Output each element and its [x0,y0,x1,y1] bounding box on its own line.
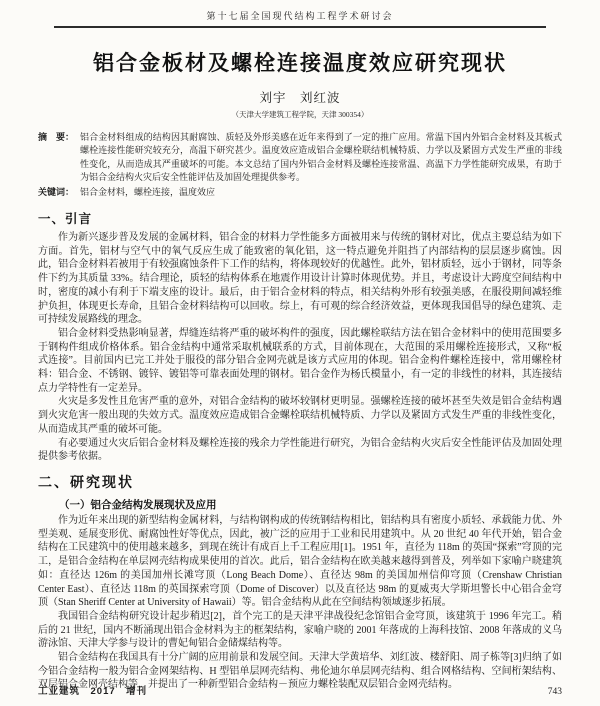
intro-paragraph: 火灾是多发性且危害严重的意外，对铝合金结构的破坏较钢材更明显。强螺栓连接的破坏甚… [38,395,562,436]
header-rule-divider [54,26,546,28]
page-footer: 工业建筑 2017 增刊 743 [38,683,562,697]
running-head: 第十七届全国现代结构工程学术研讨会 [38,6,562,22]
intro-paragraph: 作为新兴逐步普及发展的金属材料，铝合金的材料力学性能多方面被用来与传统的钢材对比… [38,231,562,327]
section-heading-research-status: 二、研究现状 [38,472,562,492]
keywords-text: 铝合金材料，螺栓连接，温度效应 [80,187,215,197]
abstract-text: 铝合金材料组成的结构因其耐腐蚀、质轻及外形美感在近年来得到了一定的推广应用。常温… [80,132,562,182]
abstract-label: 摘 要： [38,131,74,144]
intro-paragraph: 有必要通过火灾后铝合金材料及螺栓连接的残余力学性能进行研究，为铝合金结构火灾后安… [38,437,562,464]
paper-page: 第十七届全国现代结构工程学术研讨会 铝合金板材及螺栓连接温度效应研究现状 刘宇 … [0,0,600,706]
subsection-heading-development: （一）铝合金结构发展现状及应用 [38,497,562,512]
authors: 刘宇 刘红波 [38,88,562,106]
keywords-row: 关键词： 铝合金材料，螺栓连接，温度效应 [38,186,562,199]
footer-journal-label: 工业建筑 2017 增刊 [38,683,147,697]
section-heading-introduction: 一、引言 [38,209,562,227]
paper-title: 铝合金板材及螺栓连接温度效应研究现状 [38,47,562,77]
abstract-row: 摘 要： 铝合金材料组成的结构因其耐腐蚀、质轻及外形美感在近年来得到了一定的推广… [38,131,562,185]
affiliation: （天津大学建筑工程学院，天津 300354） [38,109,562,120]
status-paragraph: 作为近年来出现的新型结构金属材料，与结构钢构成的传统钢结构相比，铝结构具有密度小… [38,514,562,610]
footer-page-number: 743 [548,687,562,697]
abstract-block: 摘 要： 铝合金材料组成的结构因其耐腐蚀、质轻及外形美感在近年来得到了一定的推广… [38,131,562,199]
intro-paragraph: 铝合金材料受热影响显著，焊缝连结将严重的破坏构件的强度，因此螺栓联结方法在铝合金… [38,327,562,396]
keywords-label: 关键词： [38,186,74,199]
status-paragraph: 我国铝合金结构研究设计起步稍迟[2]，首个完工的是天津平津战役纪念馆铝合金穹顶，… [38,610,562,651]
